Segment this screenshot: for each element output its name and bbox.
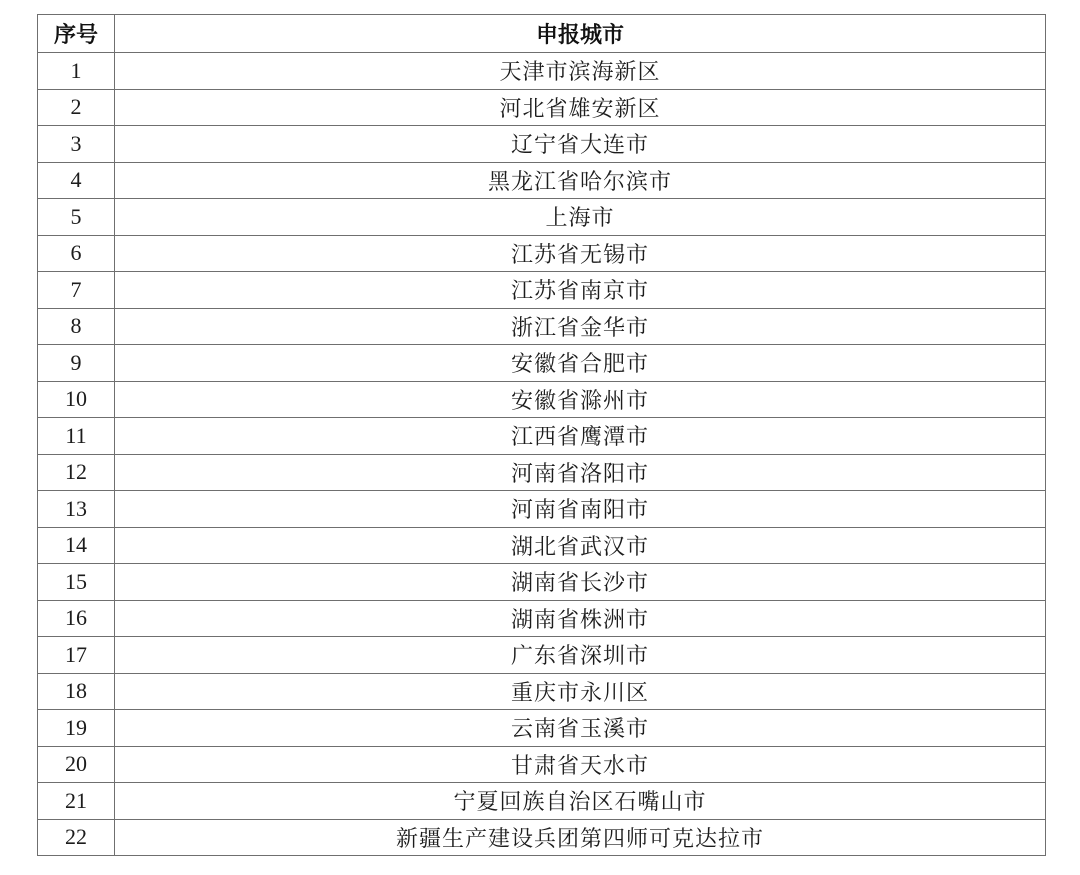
- serial-number-cell: 12: [38, 454, 115, 491]
- serial-number-cell: 6: [38, 235, 115, 272]
- city-cell: 湖北省武汉市: [115, 527, 1046, 564]
- serial-number-cell: 1: [38, 53, 115, 90]
- table-row: 17广东省深圳市: [38, 637, 1046, 674]
- table-row: 2河北省雄安新区: [38, 89, 1046, 126]
- document-page: 序号 申报城市 1天津市滨海新区2河北省雄安新区3辽宁省大连市4黑龙江省哈尔滨市…: [0, 0, 1080, 875]
- table-row: 5上海市: [38, 199, 1046, 236]
- serial-number-cell: 16: [38, 600, 115, 637]
- table-row: 7江苏省南京市: [38, 272, 1046, 309]
- table-row: 3辽宁省大连市: [38, 126, 1046, 163]
- serial-number-cell: 3: [38, 126, 115, 163]
- city-cell: 云南省玉溪市: [115, 710, 1046, 747]
- table-row: 15湖南省长沙市: [38, 564, 1046, 601]
- serial-number-cell: 13: [38, 491, 115, 528]
- city-cell: 新疆生产建设兵团第四师可克达拉市: [115, 819, 1046, 856]
- table-row: 10安徽省滁州市: [38, 381, 1046, 418]
- serial-number-cell: 18: [38, 673, 115, 710]
- serial-number-cell: 5: [38, 199, 115, 236]
- table-row: 14湖北省武汉市: [38, 527, 1046, 564]
- table-row: 1天津市滨海新区: [38, 53, 1046, 90]
- serial-number-cell: 20: [38, 746, 115, 783]
- header-serial-number: 序号: [38, 15, 115, 53]
- header-declared-city: 申报城市: [115, 15, 1046, 53]
- table-row: 16湖南省株洲市: [38, 600, 1046, 637]
- city-cell: 广东省深圳市: [115, 637, 1046, 674]
- table-row: 21宁夏回族自治区石嘴山市: [38, 783, 1046, 820]
- declared-cities-table: 序号 申报城市 1天津市滨海新区2河北省雄安新区3辽宁省大连市4黑龙江省哈尔滨市…: [37, 14, 1046, 856]
- city-cell: 湖南省长沙市: [115, 564, 1046, 601]
- city-cell: 安徽省滁州市: [115, 381, 1046, 418]
- serial-number-cell: 19: [38, 710, 115, 747]
- city-cell: 上海市: [115, 199, 1046, 236]
- table-row: 20甘肃省天水市: [38, 746, 1046, 783]
- table-row: 11江西省鹰潭市: [38, 418, 1046, 455]
- table-row: 12河南省洛阳市: [38, 454, 1046, 491]
- table-body: 1天津市滨海新区2河北省雄安新区3辽宁省大连市4黑龙江省哈尔滨市5上海市6江苏省…: [38, 53, 1046, 856]
- city-cell: 天津市滨海新区: [115, 53, 1046, 90]
- table-row: 19云南省玉溪市: [38, 710, 1046, 747]
- serial-number-cell: 14: [38, 527, 115, 564]
- table-row: 18重庆市永川区: [38, 673, 1046, 710]
- table-row: 22新疆生产建设兵团第四师可克达拉市: [38, 819, 1046, 856]
- table-row: 9安徽省合肥市: [38, 345, 1046, 382]
- city-cell: 江苏省南京市: [115, 272, 1046, 309]
- city-cell: 辽宁省大连市: [115, 126, 1046, 163]
- table-row: 13河南省南阳市: [38, 491, 1046, 528]
- city-cell: 浙江省金华市: [115, 308, 1046, 345]
- serial-number-cell: 21: [38, 783, 115, 820]
- city-cell: 江苏省无锡市: [115, 235, 1046, 272]
- table-row: 6江苏省无锡市: [38, 235, 1046, 272]
- city-cell: 河北省雄安新区: [115, 89, 1046, 126]
- serial-number-cell: 7: [38, 272, 115, 309]
- city-cell: 宁夏回族自治区石嘴山市: [115, 783, 1046, 820]
- serial-number-cell: 8: [38, 308, 115, 345]
- serial-number-cell: 4: [38, 162, 115, 199]
- serial-number-cell: 10: [38, 381, 115, 418]
- city-cell: 重庆市永川区: [115, 673, 1046, 710]
- city-cell: 甘肃省天水市: [115, 746, 1046, 783]
- city-cell: 黑龙江省哈尔滨市: [115, 162, 1046, 199]
- table-row: 8浙江省金华市: [38, 308, 1046, 345]
- city-cell: 河南省南阳市: [115, 491, 1046, 528]
- city-cell: 河南省洛阳市: [115, 454, 1046, 491]
- city-cell: 湖南省株洲市: [115, 600, 1046, 637]
- serial-number-cell: 17: [38, 637, 115, 674]
- serial-number-cell: 11: [38, 418, 115, 455]
- table-row: 4黑龙江省哈尔滨市: [38, 162, 1046, 199]
- serial-number-cell: 15: [38, 564, 115, 601]
- city-cell: 江西省鹰潭市: [115, 418, 1046, 455]
- header-row: 序号 申报城市: [38, 15, 1046, 53]
- serial-number-cell: 2: [38, 89, 115, 126]
- city-cell: 安徽省合肥市: [115, 345, 1046, 382]
- serial-number-cell: 9: [38, 345, 115, 382]
- serial-number-cell: 22: [38, 819, 115, 856]
